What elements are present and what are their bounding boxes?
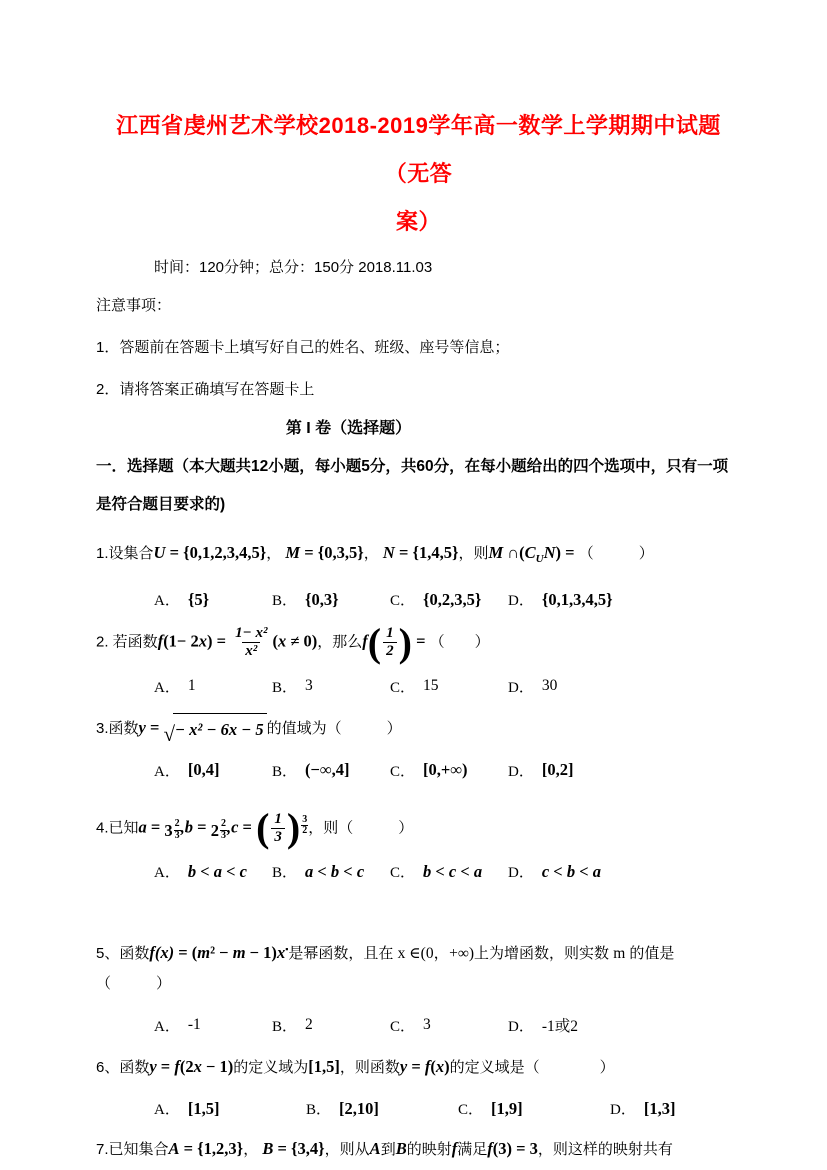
option-value: b < c < a: [423, 862, 482, 882]
options-row: A．-1B．2C．3D．-1或2: [96, 1014, 741, 1036]
question-text: ，那么: [317, 634, 362, 651]
question-text: 上为增函数，则实数: [474, 945, 613, 962]
question-text: 4.已知: [96, 819, 139, 836]
math-italic: m: [233, 943, 246, 962]
notice-heading: 注意事项：: [96, 294, 741, 315]
math-bold: =: [146, 718, 164, 737]
question-text: 是幂函数，且在: [288, 945, 397, 962]
question-text: ，: [266, 545, 285, 562]
question-text: 的映射: [407, 1141, 452, 1158]
option-label: C．: [390, 760, 415, 781]
math-bold: ) =: [207, 632, 230, 651]
option-value: b < a < c: [188, 862, 247, 882]
math-italic: B: [262, 1139, 273, 1158]
power-expression: 223: [211, 816, 227, 846]
math-roman: m: [613, 945, 625, 962]
options-row: A．1B．3C．15D．30: [96, 676, 741, 697]
math-bold: ² −: [210, 943, 233, 962]
math-italic: x: [278, 632, 286, 651]
option-label: B．: [272, 589, 297, 610]
parenthesized-fraction: (13)32: [256, 811, 308, 847]
exponent-fraction: 23: [220, 819, 227, 841]
fraction: 1− x²x²: [232, 625, 270, 661]
question-2: 2. 若函数f(1− 2x) = 1− x²x²(x ≠ 0)，那么f(12) …: [96, 625, 741, 697]
question-line: 2. 若函数f(1− 2x) = 1− x²x²(x ≠ 0)，那么f(12) …: [96, 625, 741, 661]
option-value: {5}: [188, 590, 209, 610]
option: C．[0,+∞): [390, 760, 508, 781]
math-bold: =: [193, 817, 211, 836]
option: A．{5}: [154, 589, 272, 610]
exam-title-line-1: 江西省虔州艺术学校2018-2019学年高一数学上学期期中试题（无答: [96, 102, 741, 198]
math-bold: − 1): [246, 943, 277, 962]
question-6: 6、函数y = f(2x − 1)的定义域为[1,5]，则函数y = f(x)的…: [96, 1052, 741, 1119]
question-text: 的定义域为: [233, 1059, 308, 1076]
math-italic: x: [277, 943, 285, 962]
exponent-fraction: 23: [174, 819, 181, 841]
math-italic: f(x): [149, 943, 174, 962]
option-label: A．: [154, 589, 180, 610]
question-text: ，: [243, 1141, 262, 1158]
option: A．b < a < c: [154, 861, 272, 882]
option-value: [1,9]: [491, 1099, 523, 1119]
option-label: C．: [390, 861, 415, 882]
math-bold: = {0,1,2,3,4,5}: [165, 543, 266, 562]
question-text: ，则（ ）: [308, 819, 413, 836]
option: D．-1或2: [508, 1014, 578, 1036]
math-bold: = {1,2,3}: [180, 1139, 244, 1158]
option-value: 1: [188, 677, 196, 695]
option-value: -1: [188, 1016, 201, 1034]
option-label: D．: [610, 1098, 636, 1119]
exam-page: 江西省虔州艺术学校2018-2019学年高一数学上学期期中试题（无答 案） 时间…: [0, 0, 827, 1165]
option: B．a < b < c: [272, 861, 390, 882]
option-value: c < b < a: [542, 862, 601, 882]
option-label: C．: [390, 1015, 415, 1036]
option-value: 15: [423, 677, 439, 695]
option: C．{0,2,3,5}: [390, 589, 508, 610]
question-line: 1.设集合U = {0,1,2,3,4,5}， M = {0,3,5}， N =…: [96, 538, 741, 574]
option-value: {0,2,3,5}: [423, 590, 481, 610]
option: A．-1: [154, 1015, 272, 1036]
math-bold: = {3,4}: [273, 1139, 324, 1158]
math-bold: − 1): [202, 1057, 233, 1076]
question-line: 6、函数y = f(2x − 1)的定义域为[1,5]，则函数y = f(x)的…: [96, 1052, 741, 1083]
option-label: D．: [508, 861, 534, 882]
option: A．1: [154, 676, 272, 697]
option-label: A．: [154, 861, 180, 882]
option: B．[2,10]: [306, 1098, 458, 1119]
option: D．{0,1,3,4,5}: [508, 589, 613, 610]
math-italic: a: [139, 817, 147, 836]
question-line: 3.函数y = √− x² − 6x − 5的值域为（ ）: [96, 713, 741, 745]
option-label: D．: [508, 760, 534, 781]
math-bold: = {1,4,5}: [395, 543, 459, 562]
math-italic: m: [197, 943, 210, 962]
math-italic: N: [544, 543, 556, 562]
math-italic: ,c: [227, 817, 238, 836]
question-text: 3.函数: [96, 720, 139, 737]
questions-list: 1.设集合U = {0,1,2,3,4,5}， M = {0,3,5}， N =…: [96, 538, 741, 1165]
exam-info-line: 时间：120分钟；总分：150分 2018.11.03: [96, 256, 741, 277]
option-label: C．: [390, 589, 415, 610]
option: D．30: [508, 676, 557, 697]
question-text: （ ）: [430, 634, 490, 651]
math-italic: y: [139, 718, 146, 737]
math-italic: M: [285, 543, 300, 562]
option-label: B．: [306, 1098, 331, 1119]
question-text: 的值域为（ ）: [267, 720, 402, 737]
question-text: 满足: [457, 1141, 487, 1158]
option: A．[1,5]: [154, 1098, 306, 1119]
option-label: D．: [508, 589, 534, 610]
question-text: 7.已知集合: [96, 1141, 169, 1158]
square-root: √− x² − 6x − 5: [164, 713, 267, 745]
option: A．[0,4]: [154, 760, 272, 781]
question-line: 5、函数f(x) = (m² − m − 1)x▪是幂函数，且在 x ∈(0，+…: [96, 934, 741, 999]
fraction: 12: [383, 625, 397, 661]
question-1: 1.设集合U = {0,1,2,3,4,5}， M = {0,3,5}， N =…: [96, 538, 741, 610]
question-text: ，: [364, 545, 383, 562]
notice-item-1: 1．答题前在答题卡上填写好自己的姓名、班级、座号等信息；: [96, 336, 741, 357]
math-bold: (1− 2: [163, 632, 199, 651]
question-line: 7.已知集合A = {1,2,3}， B = {3,4}，则从A到B的映射f满足…: [96, 1134, 741, 1165]
option-value: [1,3]: [644, 1099, 676, 1119]
option-value: a < b < c: [305, 862, 364, 882]
question-7: 7.已知集合A = {1,2,3}， B = {3,4}，则从A到B的映射f满足…: [96, 1134, 741, 1165]
math-bold: ≠ 0): [286, 632, 317, 651]
question-text: 6、函数: [96, 1059, 149, 1076]
options-row: A．[1,5]B．[2,10]C．[1,9]D．[1,3]: [96, 1098, 741, 1119]
option-value: 3: [305, 677, 313, 695]
option-label: B．: [272, 760, 297, 781]
math-italic: B: [396, 1139, 407, 1158]
options-row: A．b < a < cB．a < b < cC．b < c < aD．c < b…: [96, 861, 741, 882]
math-bold: (2: [180, 1057, 194, 1076]
parenthesized-fraction: (12): [368, 625, 412, 661]
math-italic: x: [199, 632, 207, 651]
option: C．15: [390, 676, 508, 697]
question-5: 5、函数f(x) = (m² − m − 1)x▪是幂函数，且在 x ∈(0，+…: [96, 934, 741, 1036]
option: D．c < b < a: [508, 861, 601, 882]
question-4: 4.已知a = 323,b = 223,c = (13)32，则（ ）A．b <…: [96, 811, 741, 883]
math-bold: = {0,3,5}: [300, 543, 364, 562]
option: D．[0,2]: [508, 760, 573, 781]
subscript: U: [536, 553, 544, 565]
option-label: B．: [272, 676, 297, 697]
math-italic: N: [383, 543, 395, 562]
option: C．b < c < a: [390, 861, 508, 882]
option-label: D．: [508, 1015, 534, 1036]
exam-title-line-2: 案）: [96, 198, 741, 246]
notice-item-2: 2．请将答案正确填写在答题卡上: [96, 378, 741, 399]
question-text: 5、函数: [96, 945, 149, 962]
math-italic: A: [370, 1139, 381, 1158]
question-text: 到: [381, 1141, 396, 1158]
option-value: 30: [542, 677, 558, 695]
math-bold: =: [238, 817, 256, 836]
question-text: 的定义域是（ ）: [450, 1059, 615, 1076]
math-italic: x: [436, 1057, 444, 1076]
options-row: A．[0,4]B．(−∞,4]C．[0,+∞)D．[0,2]: [96, 760, 741, 781]
option: B．2: [272, 1015, 390, 1036]
option: B．3: [272, 676, 390, 697]
math-italic: U: [154, 543, 166, 562]
option-value: -1或2: [542, 1014, 578, 1036]
option-value: 3: [423, 1016, 431, 1034]
option-label: C．: [390, 676, 415, 697]
math-bold: (3) = 3: [493, 1139, 538, 1158]
question-text: 1.设集合: [96, 545, 154, 562]
option: B．(−∞,4]: [272, 760, 390, 781]
math-bold: =: [407, 1057, 425, 1076]
math-italic: M: [488, 543, 503, 562]
option-value: {0,3}: [305, 590, 339, 610]
section-title: 第 I 卷（选择题）: [96, 415, 601, 438]
option-label: A．: [154, 760, 180, 781]
exam-title: 江西省虔州艺术学校2018-2019学年高一数学上学期期中试题（无答 案）: [96, 102, 741, 246]
option-value: [0,+∞): [423, 760, 468, 780]
option-label: B．: [272, 861, 297, 882]
question-text: ，则函数: [340, 1059, 400, 1076]
option-label: A．: [154, 1098, 180, 1119]
option: C．3: [390, 1015, 508, 1036]
option-label: C．: [458, 1098, 483, 1119]
math-italic: ,b: [181, 817, 193, 836]
question-text: ，则这样的映射共有: [538, 1141, 673, 1158]
option-label: A．: [154, 676, 180, 697]
option-label: A．: [154, 1015, 180, 1036]
question-text: （ ）: [579, 545, 654, 562]
option-value: [2,10]: [339, 1099, 379, 1119]
question-line: 4.已知a = 323,b = 223,c = (13)32，则（ ）: [96, 811, 741, 847]
power-expression: 323: [164, 816, 180, 846]
math-italic: x: [194, 1057, 202, 1076]
option: B．{0,3}: [272, 589, 390, 610]
question-text: 2. 若函数: [96, 634, 158, 651]
section-instructions: 一．选择题（本大题共12小题，每小题5分，共60分，在每小题给出的四个选项中，只…: [96, 448, 741, 524]
option-value: {0,1,3,4,5}: [542, 590, 613, 610]
math-bold: =: [157, 1057, 175, 1076]
option-value: [0,4]: [188, 760, 220, 780]
option-value: 2: [305, 1016, 313, 1034]
math-bold: ) =: [556, 543, 579, 562]
math-italic: C: [525, 543, 536, 562]
option-label: B．: [272, 1015, 297, 1036]
option-value: [0,2]: [542, 760, 574, 780]
fraction: 13: [271, 811, 285, 847]
option-label: D．: [508, 676, 534, 697]
option: D．[1,3]: [610, 1098, 762, 1119]
option: C．[1,9]: [458, 1098, 610, 1119]
math-bold: ∩(: [503, 543, 524, 562]
math-italic: A: [169, 1139, 180, 1158]
math-bold: =: [412, 632, 430, 651]
question-3: 3.函数y = √− x² − 6x − 5的值域为（ ）A．[0,4]B．(−…: [96, 713, 741, 781]
math-bold: [1,5]: [308, 1057, 340, 1076]
math-italic: y: [149, 1057, 156, 1076]
question-text: ，则从: [325, 1141, 370, 1158]
math-bold: =: [147, 817, 165, 836]
option-value: (−∞,4]: [305, 760, 350, 780]
math-bold: = (: [174, 943, 197, 962]
question-text: ，则: [458, 545, 488, 562]
math-roman: x ∈(0，+∞): [398, 945, 474, 962]
options-row: A．{5}B．{0,3}C．{0,2,3,5}D．{0,1,3,4,5}: [96, 589, 741, 610]
option-value: [1,5]: [188, 1099, 220, 1119]
